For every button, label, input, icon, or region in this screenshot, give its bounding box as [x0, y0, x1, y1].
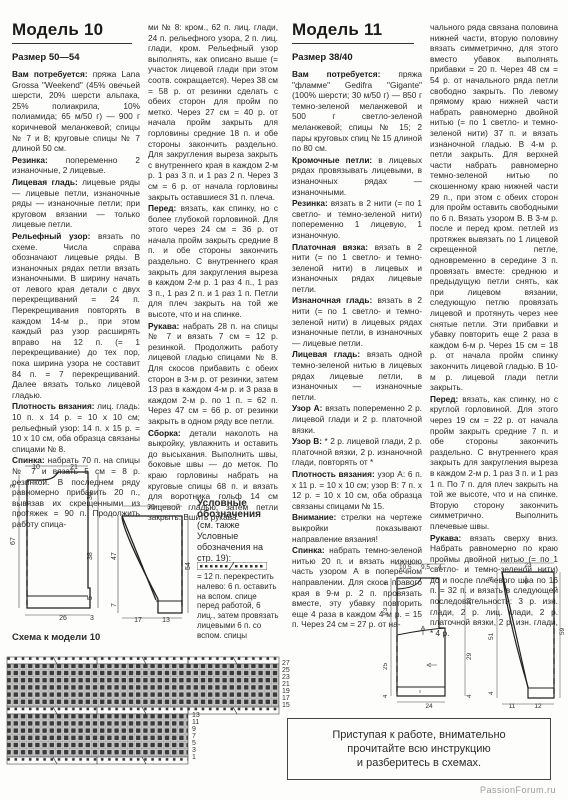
model10-sleeve-pattern-diagram: 30 47 7 54 1713: [108, 500, 193, 630]
svg-text:7: 7: [111, 603, 118, 607]
notice-line-3: и разберитесь в схемах.: [288, 756, 550, 770]
model11-section-stockinette: Лицевая гладь: вязать одной темно-зелено…: [292, 349, 422, 402]
notice-line-1: Приступая к работе, внимательно: [288, 728, 550, 742]
model11-section-attention: Внимание: стрелки на чертеже выкройки по…: [292, 512, 422, 544]
svg-text:3: 3: [90, 615, 94, 622]
svg-text:4: 4: [466, 694, 473, 698]
model11-section-edge: Кромочные петли: в лицевых рядах провязы…: [292, 155, 422, 197]
model10-back-pattern-diagram: 1021 263 67 3 30 38 5: [10, 460, 110, 630]
model10-section-relief: Рельефный узор: вязать по схеме. Числа с…: [12, 231, 140, 401]
model10-column-2: ми № 8: кром., 62 п. лиц. глади, 24 п. р…: [148, 22, 278, 524]
svg-text:4: 4: [383, 581, 389, 585]
model10-title: Модель 10: [12, 20, 132, 44]
model10-section-gauge: Плотность вязания: лиц. гладь: 10 п. х 1…: [12, 401, 140, 454]
notice-line-2: прочитайте всю инструкцию: [288, 742, 550, 756]
svg-text:9,5: 9,5: [421, 564, 430, 571]
model11-sleeve-pattern-diagram: 23 4 51 4 59 1112: [488, 560, 568, 710]
svg-text:26: 26: [59, 615, 67, 622]
model11-section-gauge: Плотность вязания: узор А: 6 п. х 11 р. …: [292, 469, 422, 511]
svg-text:30: 30: [147, 504, 155, 511]
svg-text:10,5: 10,5: [399, 564, 412, 571]
model11-section-pattern-b: Узор В: * 2 р. лицевой глади, 2 р. плато…: [292, 436, 422, 468]
svg-text:23: 23: [466, 597, 473, 605]
notice-box: Приступая к работе, внимательно прочитай…: [287, 718, 551, 780]
svg-text:29: 29: [466, 652, 473, 660]
svg-text:54: 54: [185, 562, 192, 570]
model11-section-garter: Платочная вязка: вязать в 2 нити (= по 1…: [292, 242, 422, 295]
svg-text:10: 10: [32, 464, 40, 471]
watermark: PassionForum.ru: [480, 785, 556, 795]
legend-title-1: Условные: [197, 498, 277, 509]
model11-section-rib: Резинка: вязать в 2 нити (= по 1 светло-…: [292, 198, 422, 240]
model10-section-front: Перед: вязать, как спинку, но с более гл…: [148, 203, 278, 320]
legend-subtitle: (см. также Условные обозначения на стр. …: [197, 520, 277, 564]
model10-section-rib: Резинка: попеременно 2 изнаночные, 2 лиц…: [12, 155, 140, 176]
model10-size: Размер 50—54: [12, 52, 79, 63]
svg-text:21: 21: [70, 464, 78, 471]
svg-text:24: 24: [425, 703, 433, 710]
svg-text:23: 23: [383, 607, 389, 615]
svg-text:47: 47: [111, 552, 118, 560]
svg-text:4: 4: [488, 691, 495, 695]
model10-section-materials: Вам потребуется: пряжа Lana Grossa "Week…: [12, 69, 140, 154]
model11-title: Модель 11: [292, 20, 414, 44]
svg-text:67: 67: [10, 537, 17, 545]
model11-size: Размер 38/40: [292, 52, 353, 63]
legend: Условные обозначения (см. также Условные…: [197, 498, 277, 564]
model11-column-2: чального ряда связана половина нижней ча…: [430, 22, 558, 639]
model11-section-front: Перед: вязать, как спинку, но с круглой …: [430, 394, 558, 532]
chart-title: Схема к модели 10: [12, 632, 100, 643]
model10-section-sleeves: Рукава: набрать 28 п. на спицы № 7 и вяз…: [148, 321, 278, 427]
model10-back-cont: ми № 8: кром., 62 п. лиц. глади, 24 п. р…: [148, 22, 278, 202]
model10-section-stockinette: Лицевая гладь: лицевые ряды — лицевые пе…: [12, 177, 140, 230]
model11-column-1: Вам потребуется: пряжа "фламме" Gedifra …: [292, 69, 422, 631]
model11-back-cont: чального ряда связана половина нижней ча…: [430, 22, 558, 393]
knitting-chart: 29: [5, 655, 283, 765]
model11-section-pattern-a: Узор А: вязать попеременно 2 р. лицевой …: [292, 403, 422, 435]
legend-symbol-text: = 12 п. перекрестить налево: 6 п. остави…: [197, 572, 279, 641]
model11-section-materials: Вам потребуется: пряжа "фламме" Gedifra …: [292, 69, 422, 154]
svg-text:4: 4: [383, 694, 389, 698]
model11-back-pattern-diagram: 10,59,54 4 23 25 4 23 29 4 24: [383, 560, 483, 710]
legend-title-2: обозначения: [197, 509, 277, 520]
svg-text:4: 4: [488, 576, 495, 580]
cable-symbol-icon: [197, 562, 267, 570]
model11-section-reverse: Изнаночная гладь: вязать в 2 нити (= по …: [292, 295, 422, 348]
svg-text:4: 4: [438, 564, 442, 571]
svg-text:51: 51: [488, 632, 495, 640]
svg-text:25: 25: [383, 662, 389, 670]
svg-text:3: 3: [10, 484, 17, 488]
